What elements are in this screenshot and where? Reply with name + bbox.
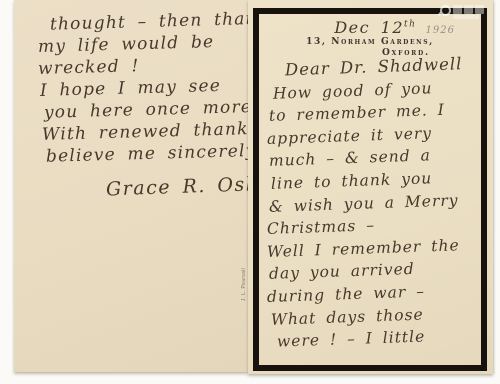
date-line: Dec 12th 1926 (259, 18, 455, 37)
letter-right-page: Dec 12th 1926 13, Norham Gardens, Oxford… (248, 0, 493, 374)
date-handwritten: Dec 12th (334, 18, 416, 37)
printer-mark: J. L. Pearsall (241, 268, 247, 301)
mourning-border-frame: Dec 12th 1926 13, Norham Gardens, Oxford… (253, 8, 487, 371)
right-page-text: Dear Dr. ShadwellHow good of youto remem… (259, 58, 481, 354)
date-pencil-annotation: 1926 (426, 25, 455, 36)
left-page-text: thought – then thatmy life would bewreck… (14, 0, 248, 168)
letterhead-address: 13, Norham Gardens, (259, 37, 481, 47)
letter-photo: thought – then thatmy life would bewreck… (0, 0, 500, 384)
letter-left-page: thought – then thatmy life would bewreck… (14, 0, 248, 372)
handwritten-line: believe me sincerely (38, 140, 249, 168)
signature: Grace R. Osler (106, 174, 249, 201)
